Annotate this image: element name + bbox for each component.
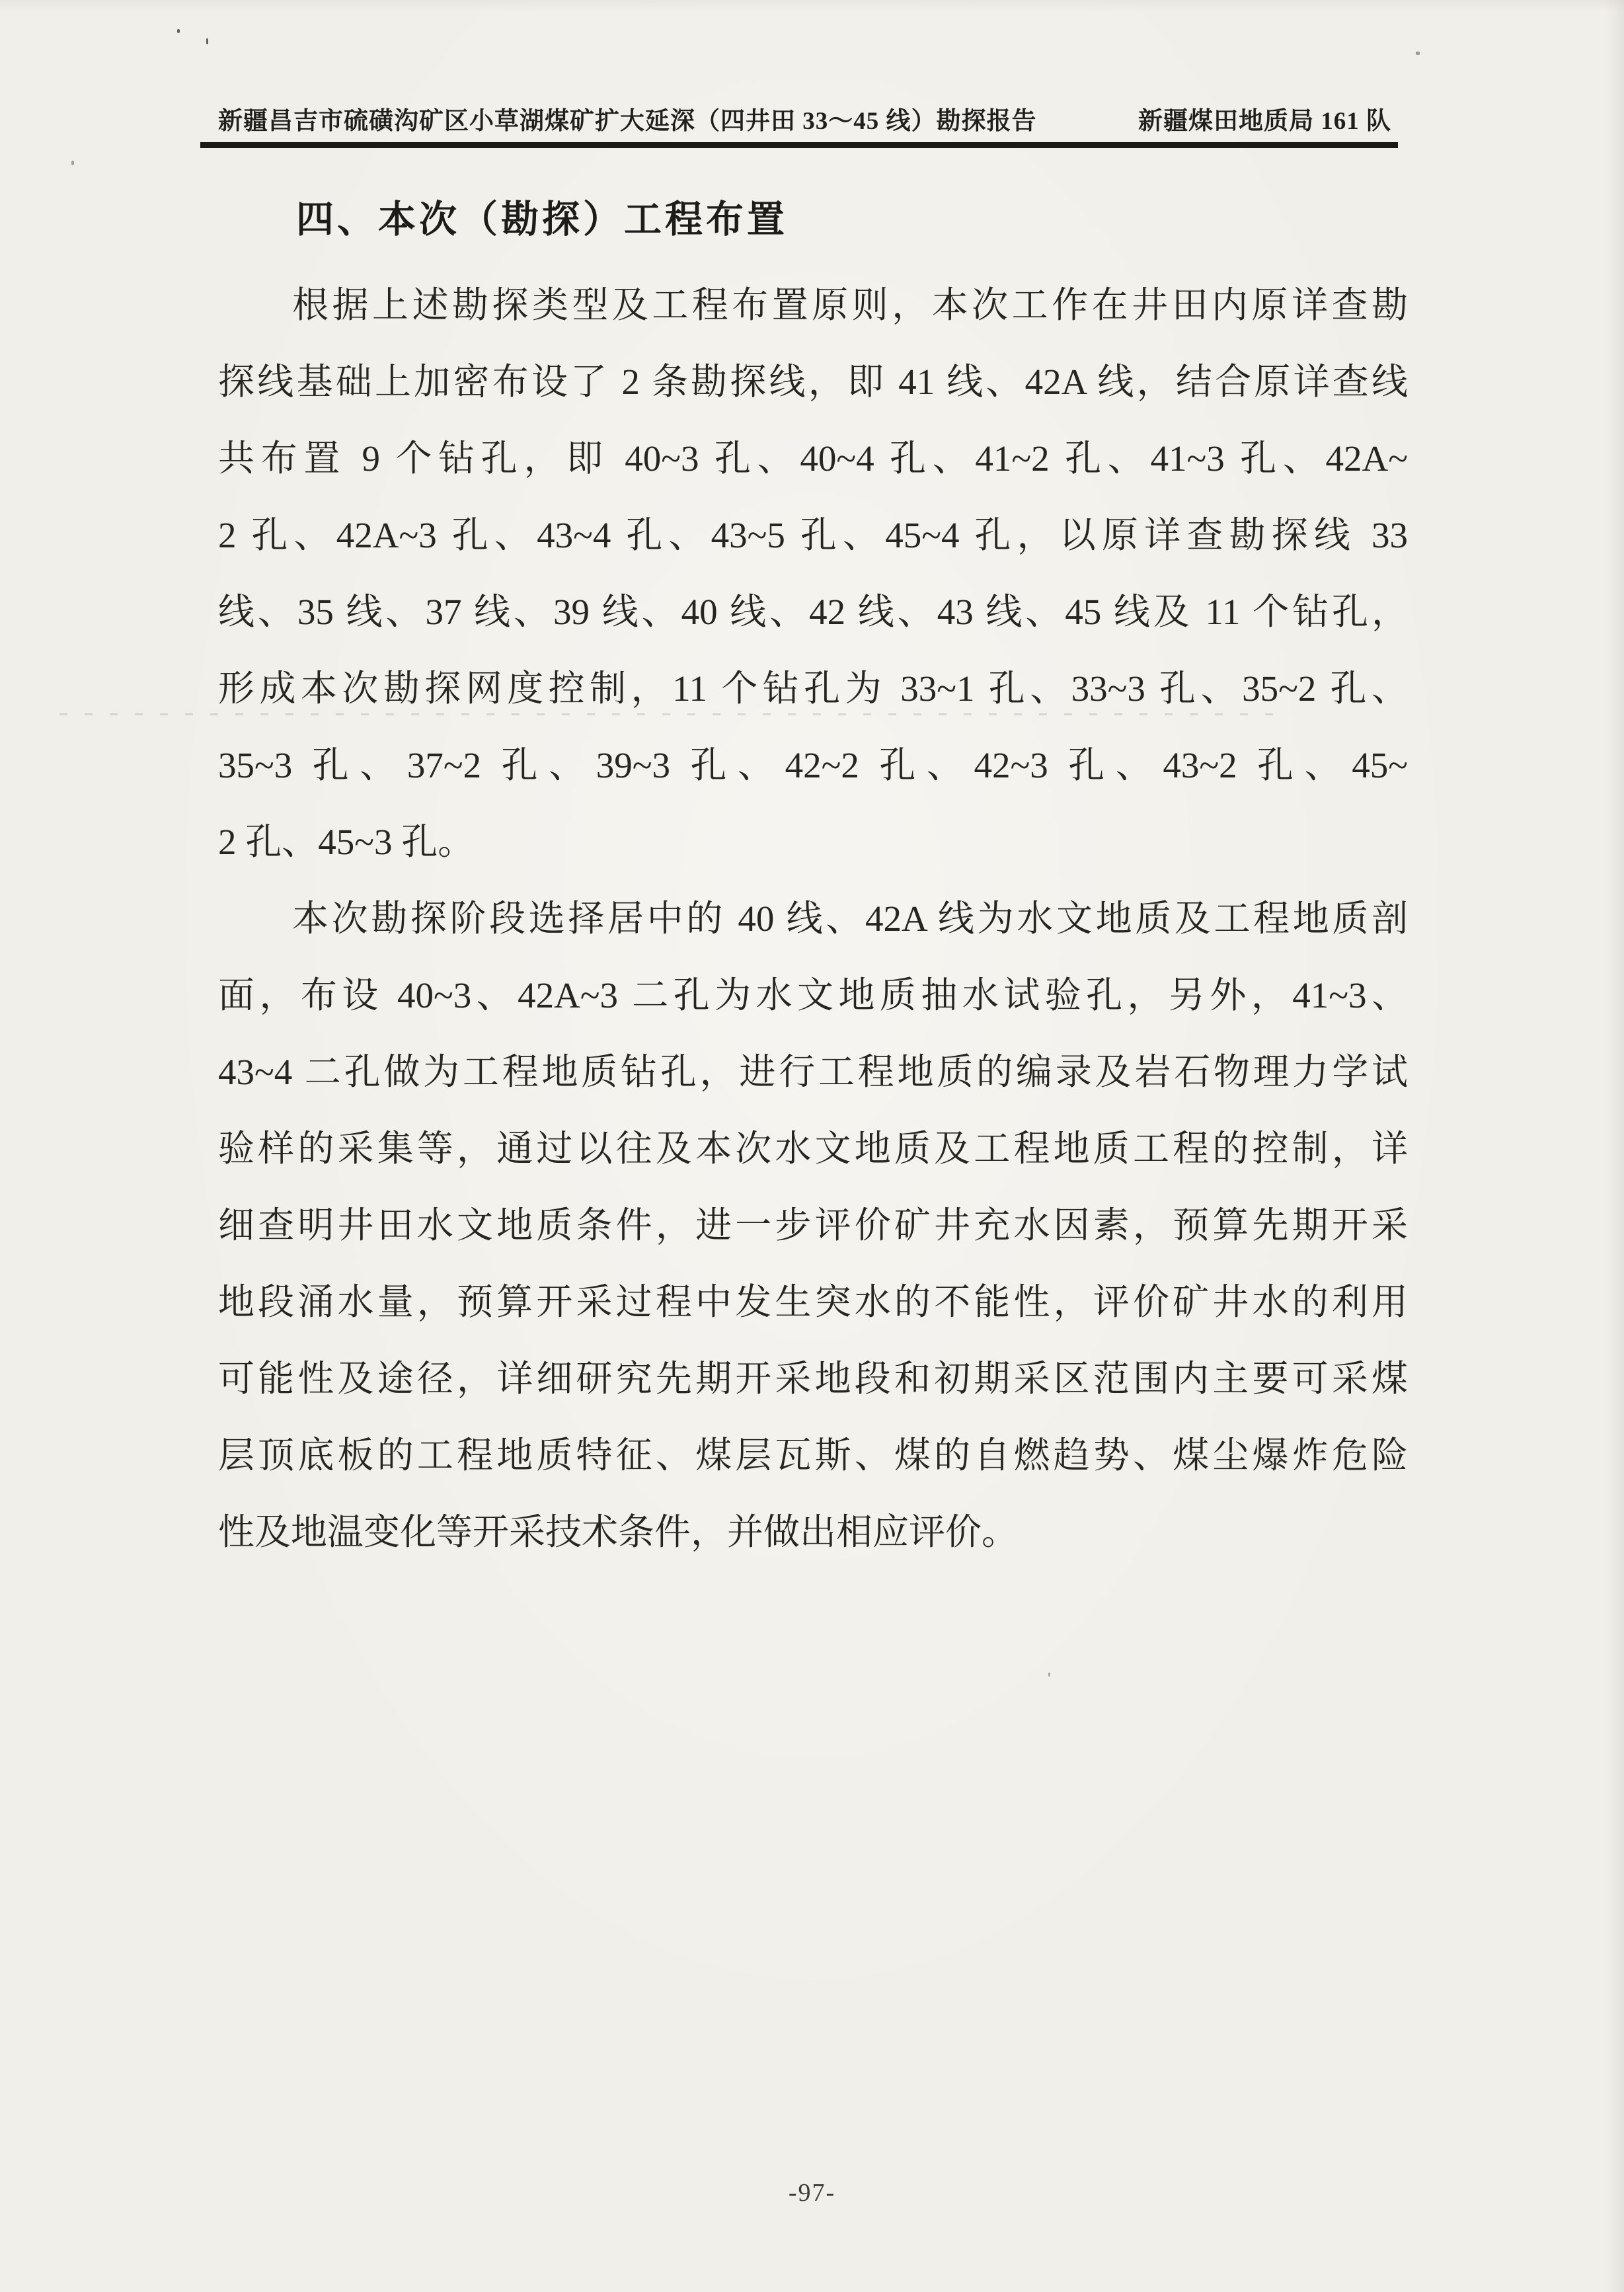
paragraph-line: 35~3 孔、37~2 孔、39~3 孔、42~2 孔、42~3 孔、43~2 … xyxy=(218,727,1408,804)
scan-artifact-speck xyxy=(177,29,180,33)
header-divider-rule xyxy=(200,142,1398,148)
scan-artifact-speck xyxy=(1416,52,1420,55)
paragraph-line: 可能性及途径，详细研究先期开采地段和初期采区范围内主要可采煤 xyxy=(218,1341,1408,1417)
header-report-title: 新疆昌吉市硫磺沟矿区小草湖煤矿扩大延深（四井田 33～45 线）勘探报告 xyxy=(218,100,1037,136)
paragraph-line: 层顶底板的工程地质特征、煤层瓦斯、煤的自燃趋势、煤尘爆炸危险 xyxy=(218,1417,1408,1494)
scan-artifact-speck xyxy=(206,38,208,44)
paragraph-line: 性及地温变化等开采技术条件，并做出相应评价。 xyxy=(218,1494,1408,1571)
paragraph-line: 共布置 9 个钻孔，即 40~3 孔、40~4 孔、41~2 孔、41~3 孔、… xyxy=(218,420,1408,497)
paragraph-line: 2 孔、42A~3 孔、43~4 孔、43~5 孔、45~4 孔，以原详查勘探线… xyxy=(218,497,1408,574)
paragraph-line: 探线基础上加密布设了 2 条勘探线，即 41 线、42A 线，结合原详查线 xyxy=(218,344,1408,420)
paragraph-line: 本次勘探阶段选择居中的 40 线、42A 线为水文地质及工程地质剖 xyxy=(218,881,1408,957)
paragraph-line: 地段涌水量，预算开采过程中发生突水的不能性，评价矿井水的利用 xyxy=(218,1264,1408,1341)
page-header: 新疆昌吉市硫磺沟矿区小草湖煤矿扩大延深（四井田 33～45 线）勘探报告 新疆煤… xyxy=(218,100,1391,136)
paragraph-line: 面，布设 40~3、42A~3 二孔为水文地质抽水试验孔，另外，41~3、 xyxy=(218,957,1408,1034)
body-paragraphs: 根据上述勘探类型及工程布置原则，本次工作在井田内原详查勘探线基础上加密布设了 2… xyxy=(218,267,1408,1571)
section-heading: 四、本次（勘探）工程布置 xyxy=(218,196,1408,245)
paragraph-line: 验样的采集等，通过以往及本次水文地质及工程地质工程的控制，详 xyxy=(218,1111,1408,1187)
scan-artifact-streak xyxy=(59,713,1282,715)
paragraph-line: 形成本次勘探网度控制，11 个钻孔为 33~1 孔、33~3 孔、35~2 孔、 xyxy=(218,651,1408,727)
scanned-report-page: 新疆昌吉市硫磺沟矿区小草湖煤矿扩大延深（四井田 33～45 线）勘探报告 新疆煤… xyxy=(0,0,1624,2292)
paragraph-line: 2 孔、45~3 孔。 xyxy=(218,804,1408,881)
paragraph-line: 细查明井田水文地质条件，进一步评价矿井充水因素，预算先期开采 xyxy=(218,1187,1408,1264)
scan-artifact-speck xyxy=(1048,1673,1050,1677)
paragraph-line: 根据上述勘探类型及工程布置原则，本次工作在井田内原详查勘 xyxy=(218,267,1408,344)
scan-artifact-speck xyxy=(71,161,74,165)
document-body: 四、本次（勘探）工程布置 根据上述勘探类型及工程布置原则，本次工作在井田内原详查… xyxy=(218,196,1408,1571)
paragraph-line: 线、35 线、37 线、39 线、40 线、42 线、43 线、45 线及 11… xyxy=(218,574,1408,651)
paragraph-line: 43~4 二孔做为工程地质钻孔，进行工程地质的编录及岩石物理力学试 xyxy=(218,1034,1408,1111)
header-organization: 新疆煤田地质局 161 队 xyxy=(1138,100,1391,136)
page-number: -97- xyxy=(0,2178,1624,2207)
